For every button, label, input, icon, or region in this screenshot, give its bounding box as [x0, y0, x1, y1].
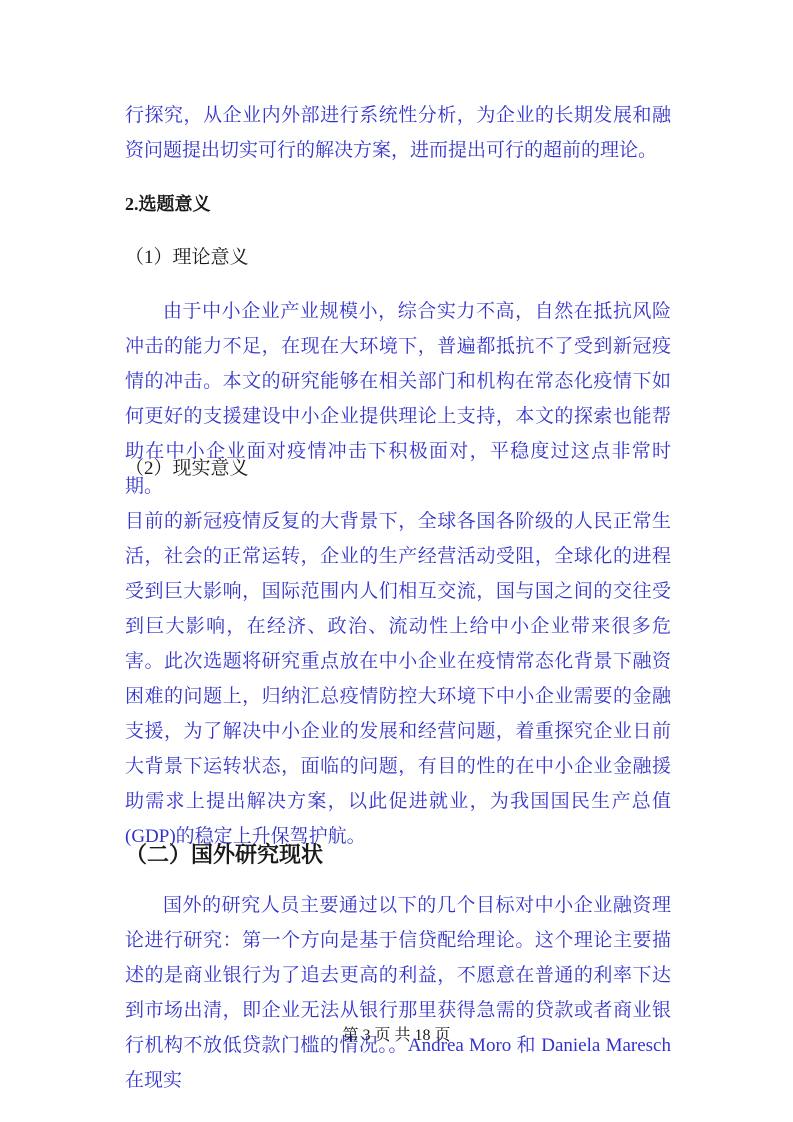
heading-topic-significance: 2.选题意义 [125, 192, 671, 216]
document-page: 行探究，从企业内外部进行系统性分析，为企业的长期发展和融资问题提出切实可行的解决… [0, 0, 793, 1122]
page-number-footer: 第 3 页 共 18 页 [0, 1022, 793, 1045]
label-theoretical-significance: （1）理论意义 [125, 246, 671, 270]
label-practical-significance: （2）现实意义 [125, 457, 671, 481]
paragraph-practical-significance: 目前的新冠疫情反复的大背景下，全球各国各阶级的人民正常生活，社会的正常运转，企业… [125, 504, 671, 854]
paragraph-intro-continuation: 行探究，从企业内外部进行系统性分析，为企业的长期发展和融资问题提出切实可行的解决… [125, 98, 671, 168]
paragraph-foreign-research: 国外的研究人员主要通过以下的几个目标对中小企业融资理论进行研究：第一个方向是基于… [125, 888, 671, 1098]
heading-foreign-research-status: （二）国外研究现状 [125, 840, 671, 870]
